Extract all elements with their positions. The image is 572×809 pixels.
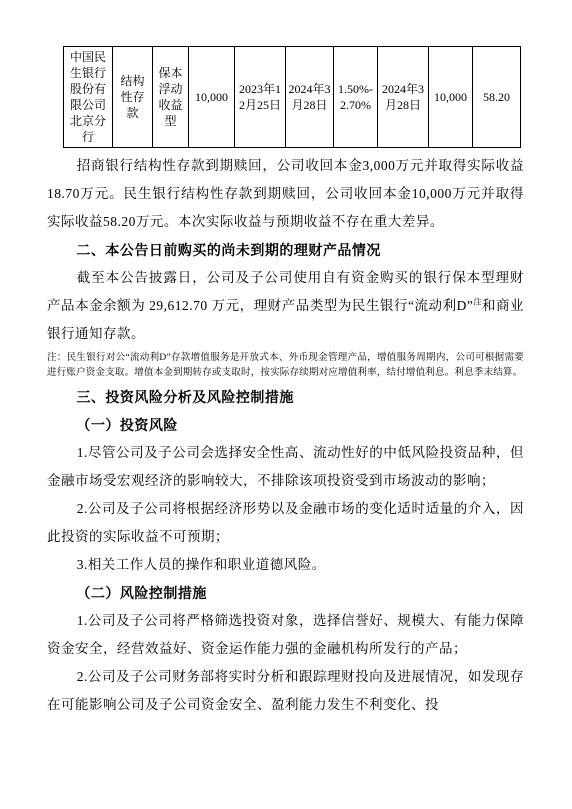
paragraph-outstanding-text: 截至本公告披露日，公司及子公司使用自有资金购买的银行保本型理财产品本金余额为 2… bbox=[47, 270, 524, 313]
section-heading-2: 二、本公告日前购买的尚未到期的理财产品情况 bbox=[47, 236, 524, 264]
footnote-text: 注：民生银行对公“流动利D”存款增值服务是开放式本、外币现金管理产品，增值服务周… bbox=[47, 351, 524, 381]
paragraph-risk-1: 1.尽管公司及子公司会选择安全性高、流动性好的中低风险投资品种，但金融市场受宏观… bbox=[47, 439, 524, 495]
wealth-product-table: 中国民生银行股份有限公司北京分行 结构性存款 保本浮动收益型 10,000 20… bbox=[63, 46, 521, 148]
cell-bank-name: 中国民生银行股份有限公司北京分行 bbox=[64, 47, 113, 148]
cell-start-date: 2023年12月25日 bbox=[235, 47, 286, 148]
section-heading-3: 三、投资风险分析及风险控制措施 bbox=[47, 383, 524, 411]
paragraph-redemption: 招商银行结构性存款到期赎回，公司收回本金3,000万元并取得实际收益18.70万… bbox=[47, 152, 524, 236]
document-page: 中国民生银行股份有限公司北京分行 结构性存款 保本浮动收益型 10,000 20… bbox=[0, 0, 572, 809]
cell-expected-yield-range: 1.50%-2.70% bbox=[334, 47, 378, 148]
footnote-reference-mark: 注 bbox=[473, 298, 482, 307]
cell-redemption-date: 2024年3月28日 bbox=[378, 47, 429, 148]
paragraph-control-1: 1.公司及子公司将严格筛选投资对象，选择信誉好、规模大、有能力保障资金安全，经营… bbox=[47, 607, 524, 663]
paragraph-outstanding-products: 截至本公告披露日，公司及子公司使用自有资金购买的银行保本型理财产品本金余额为 2… bbox=[47, 264, 524, 348]
cell-principal-recovered: 10,000 bbox=[429, 47, 473, 148]
cell-maturity-date: 2024年3月28日 bbox=[286, 47, 334, 148]
table-row: 中国民生银行股份有限公司北京分行 结构性存款 保本浮动收益型 10,000 20… bbox=[64, 47, 521, 148]
cell-product-type: 结构性存款 bbox=[113, 47, 153, 148]
cell-actual-income: 58.20 bbox=[473, 47, 521, 148]
subsection-heading-risk-control: （二）风险控制措施 bbox=[47, 579, 524, 607]
subsection-heading-investment-risk: （一）投资风险 bbox=[47, 411, 524, 439]
cell-principal-amount: 10,000 bbox=[189, 47, 235, 148]
paragraph-risk-3: 3.相关工作人员的操作和职业道德风险。 bbox=[47, 551, 524, 579]
paragraph-control-2: 2.公司及子公司财务部将实时分析和跟踪理财投向及进展情况，如发现存在可能影响公司… bbox=[47, 663, 524, 719]
cell-income-type: 保本浮动收益型 bbox=[153, 47, 189, 148]
paragraph-risk-2: 2.公司及子公司将根据经济形势以及金融市场的变化适时适量的介入，因此投资的实际收… bbox=[47, 495, 524, 551]
